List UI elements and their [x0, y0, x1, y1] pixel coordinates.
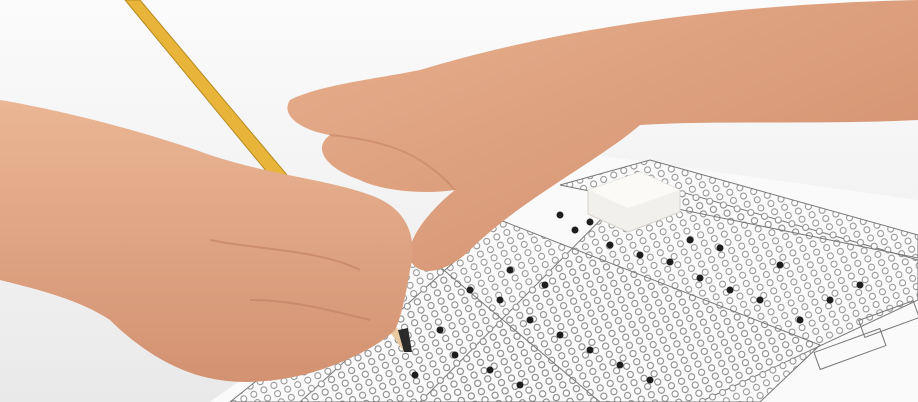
photo-illustration: [0, 0, 918, 402]
photo-scene: Close-up photo of a person's hands filli…: [0, 0, 918, 402]
